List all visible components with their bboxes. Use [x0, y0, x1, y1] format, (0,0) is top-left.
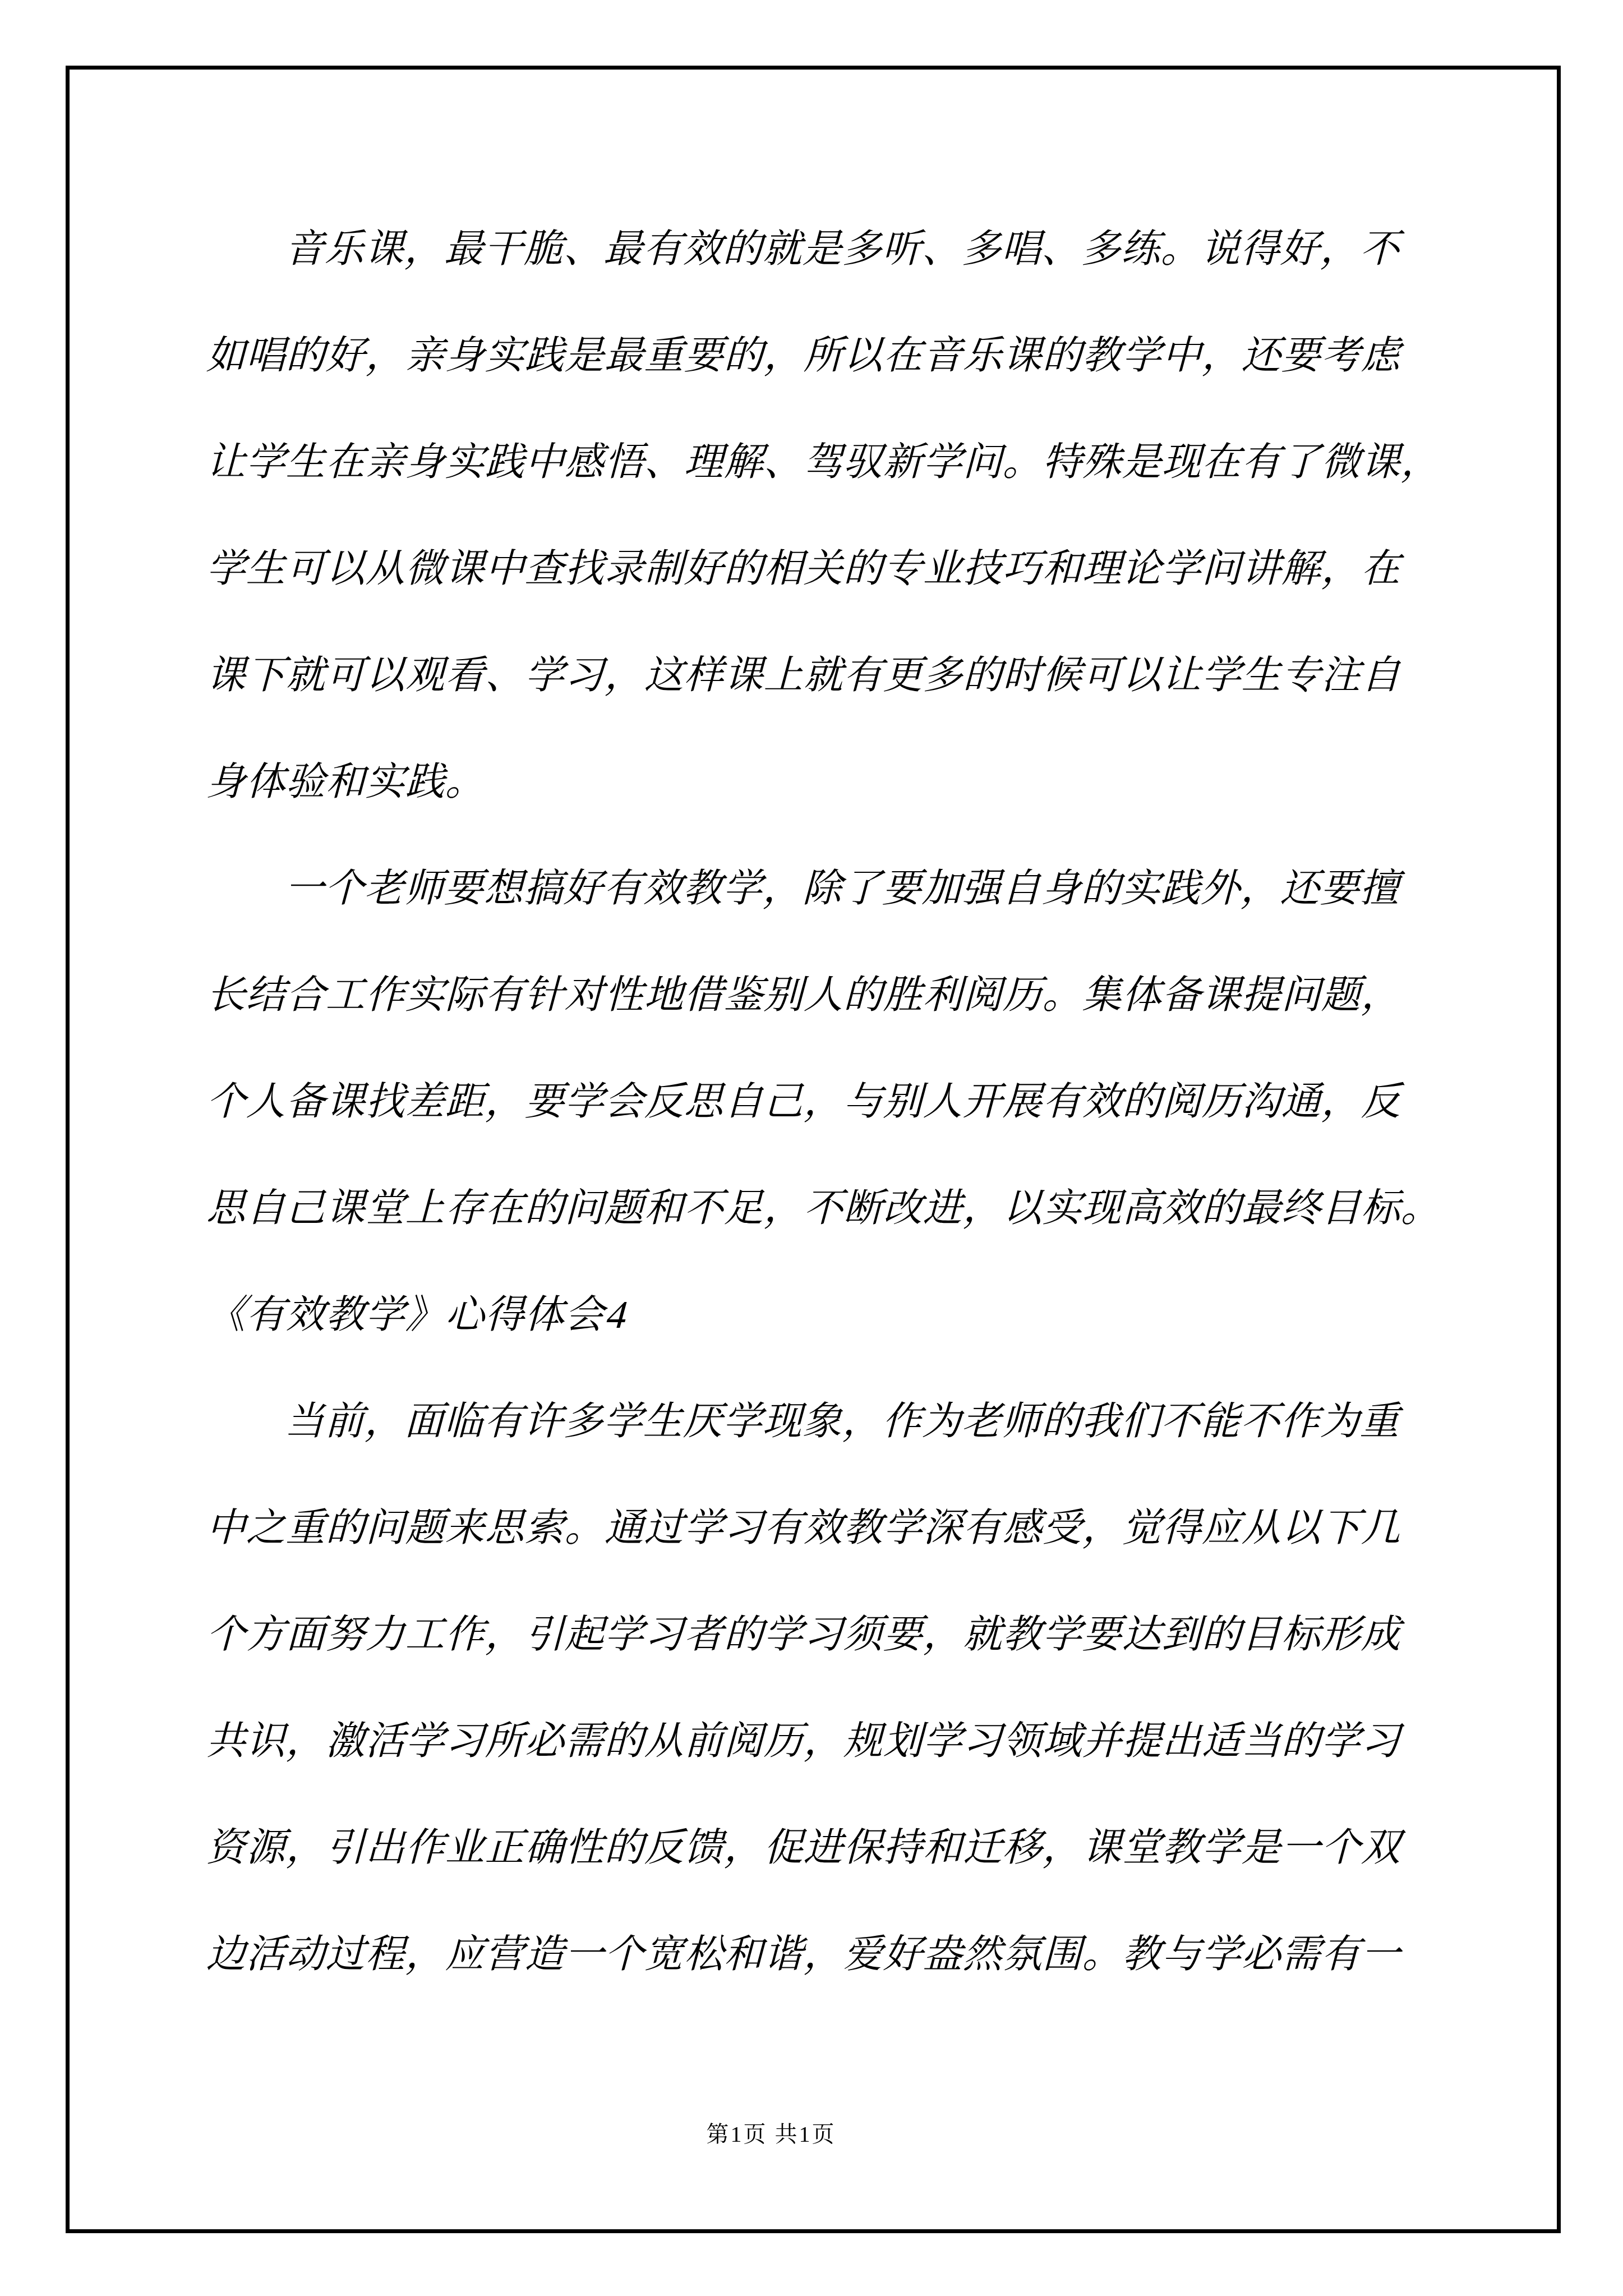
text-line-text: 个方面努力工作，引起学习者的学习须要，就教学要达到的目标形成: [195, 1582, 1418, 1688]
text-line: 学生可以从微课中查找录制好的相关的专业技巧和理论学问讲解，在: [195, 516, 1429, 623]
text-line: 长结合工作实际有针对性地借鉴别人的胜利阅历。集体备课提问题，: [195, 942, 1429, 1049]
document-page: 音乐课，最干脆、最有效的就是多听、多唱、多练。说得好，不 如唱的好，亲身实践是最…: [0, 0, 1623, 2296]
text-line: 课下就可以观看、学习，这样课上就有更多的时候可以让学生专注自: [195, 623, 1429, 729]
section-heading-line: 《有效教学》心得体会4: [195, 1262, 1429, 1369]
document-content: 音乐课，最干脆、最有效的就是多听、多唱、多练。说得好，不 如唱的好，亲身实践是最…: [195, 196, 1429, 2008]
text-line: 思自己课堂上存在的问题和不足，不断改进，以实现高效的最终目标。: [195, 1156, 1429, 1262]
section-heading-text: 《有效教学》心得体会4: [195, 1262, 642, 1369]
text-line: 身体验和实践。: [195, 729, 1429, 836]
text-line: 音乐课，最干脆、最有效的就是多听、多唱、多练。说得好，不: [195, 196, 1429, 303]
text-line-text: 思自己课堂上存在的问题和不足，不断改进，以实现高效的最终目标。: [195, 1156, 1458, 1262]
text-line-text: 资源，引出作业正确性的反馈，促进保持和迁移，课堂教学是一个双: [195, 1795, 1418, 1902]
text-line: 资源，引出作业正确性的反馈，促进保持和迁移，课堂教学是一个双: [195, 1795, 1429, 1902]
text-line-text: 中之重的问题来思索。通过学习有效教学深有感受，觉得应从以下几: [195, 1475, 1418, 1582]
text-line-text: 学生可以从微课中查找录制好的相关的专业技巧和理论学问讲解，在: [195, 516, 1418, 623]
text-line: 个方面努力工作，引起学习者的学习须要，就教学要达到的目标形成: [195, 1582, 1429, 1688]
text-line-text: 当前，面临有许多学生厌学现象，作为老师的我们不能不作为重: [195, 1369, 1417, 1475]
text-line: 个人备课找差距，要学会反思自己，与别人开展有效的阅历沟通，反: [195, 1049, 1429, 1156]
text-line: 边活动过程，应营造一个宽松和谐，爱好盎然氛围。教与学必需有一: [195, 1902, 1429, 2008]
text-line-text: 个人备课找差距，要学会反思自己，与别人开展有效的阅历沟通，反: [195, 1049, 1418, 1156]
text-line: 一个老师要想搞好有效教学，除了要加强自身的实践外，还要擅: [195, 836, 1429, 942]
text-line-text: 课下就可以观看、学习，这样课上就有更多的时候可以让学生专注自: [195, 623, 1418, 729]
text-line: 中之重的问题来思索。通过学习有效教学深有感受，觉得应从以下几: [195, 1475, 1429, 1582]
page-number-text: 第1页 共1页: [707, 2122, 836, 2147]
text-line: 如唱的好，亲身实践是最重要的，所以在音乐课的教学中，还要考虑: [195, 303, 1429, 409]
text-line-text: 音乐课，最干脆、最有效的就是多听、多唱、多练。说得好，不: [195, 196, 1417, 303]
text-line-text: 身体验和实践。: [195, 729, 502, 836]
text-line-text: 如唱的好，亲身实践是最重要的，所以在音乐课的教学中，还要考虑: [195, 303, 1418, 409]
page-footer: 第1页 共1页: [154, 2118, 1388, 2151]
text-line-text: 一个老师要想搞好有效教学，除了要加强自身的实践外，还要擅: [195, 836, 1417, 942]
text-line-text: 共识，激活学习所必需的从前阅历，规划学习领域并提出适当的学习: [195, 1688, 1418, 1795]
text-line: 共识，激活学习所必需的从前阅历，规划学习领域并提出适当的学习: [195, 1688, 1429, 1795]
text-line-text: 边活动过程，应营造一个宽松和谐，爱好盎然氛围。教与学必需有一: [195, 1902, 1418, 2008]
text-line: 当前，面临有许多学生厌学现象，作为老师的我们不能不作为重: [195, 1369, 1429, 1475]
text-line-text: 长结合工作实际有针对性地借鉴别人的胜利阅历。集体备课提问题，: [195, 942, 1418, 1049]
text-line: 让学生在亲身实践中感悟、理解、驾驭新学问。特殊是现在有了微课，: [195, 409, 1429, 516]
text-line-text: 让学生在亲身实践中感悟、理解、驾驭新学问。特殊是现在有了微课，: [195, 409, 1458, 516]
